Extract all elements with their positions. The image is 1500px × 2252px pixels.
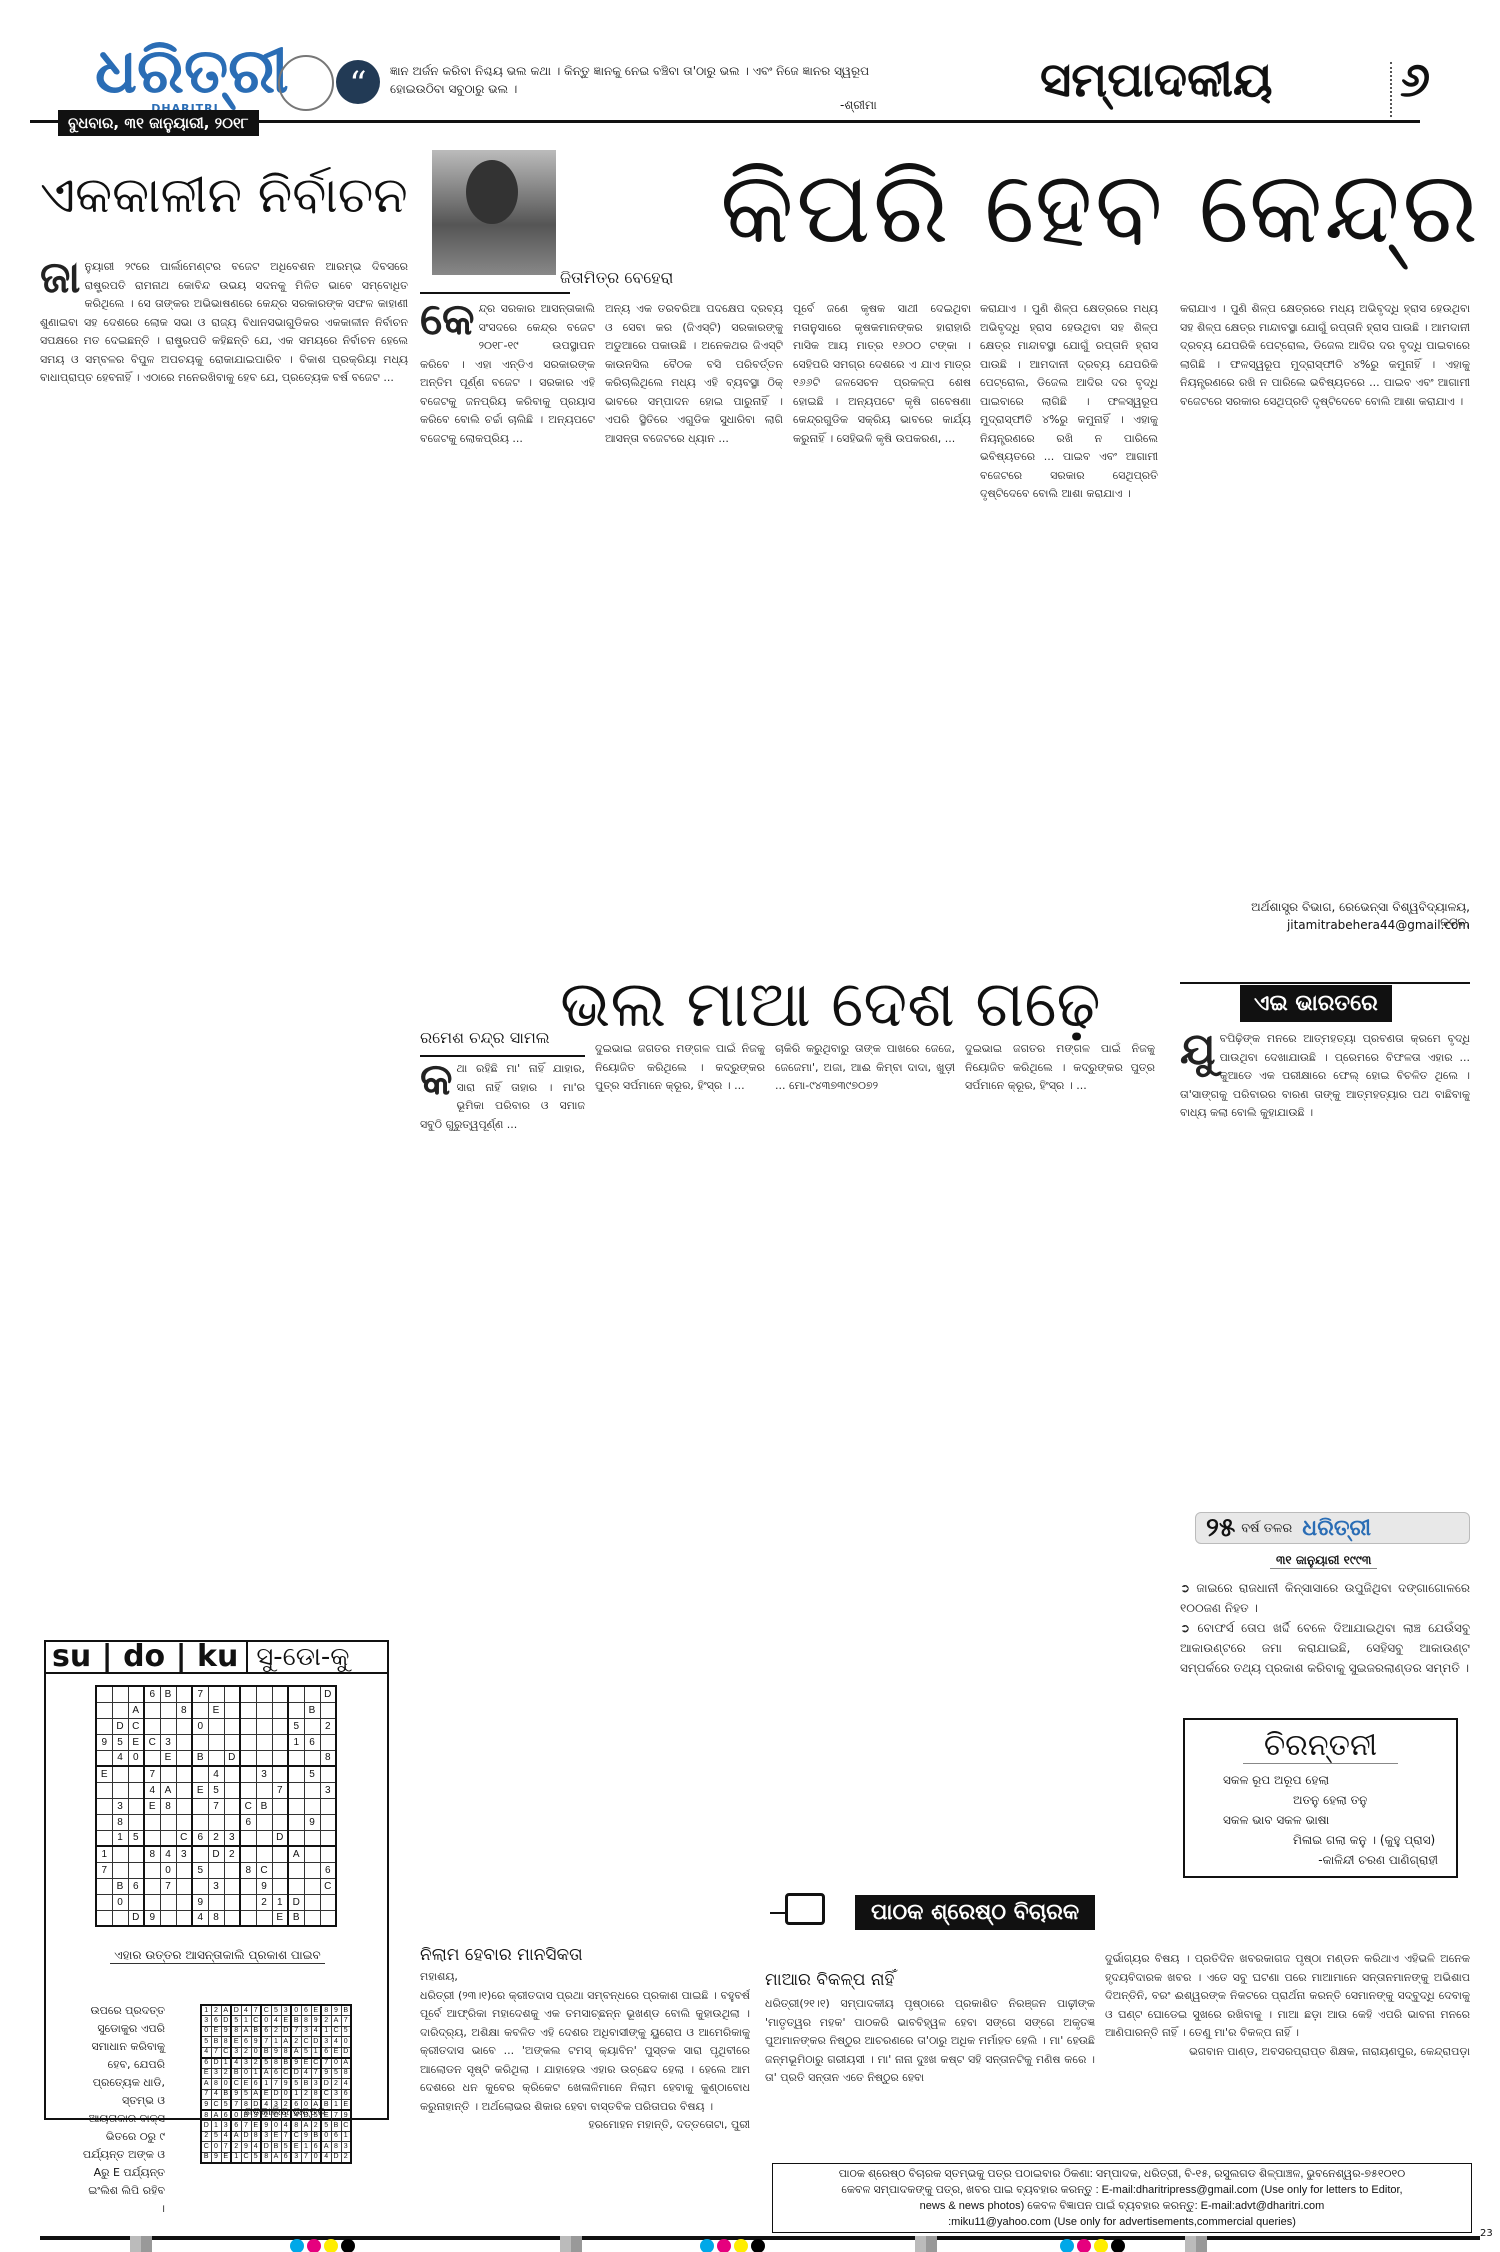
sudoku-cell (208, 1814, 224, 1830)
sudoku-cell: 6 (321, 2047, 331, 2058)
sudoku-cell: 9 (251, 2037, 261, 2048)
byline-rule (420, 292, 570, 294)
sudoku-cell: 9 (241, 2142, 251, 2153)
sudoku-cell (256, 1846, 272, 1862)
author-photo (432, 150, 556, 275)
sudoku-cell: 4 (221, 2131, 231, 2142)
sudoku-cell (320, 1814, 336, 1830)
sudoku-cell (320, 1734, 336, 1750)
sudoku-cell: 8 (331, 2142, 341, 2153)
sudoku-cell (192, 1878, 208, 1894)
sudoku-cell: 2 (311, 2121, 321, 2132)
sudoku-cell (96, 1798, 112, 1814)
sudoku-cell (256, 1686, 272, 1702)
sudoku-cell: 5 (291, 2079, 301, 2090)
sudoku-cell: C (291, 2131, 301, 2142)
folio-number: 23 (1480, 2228, 1493, 2239)
sudoku-cell: 9 (304, 1814, 320, 1830)
sudoku-cell: 3 (224, 1830, 240, 1846)
main-article-col-5: କରାଯାଏ । ପୁଣି ଶିଳ୍ପ କ୍ଷେତ୍ରରେ ମଧ୍ୟ ଅଭିବୃ… (1180, 300, 1470, 900)
sudoku-cell (304, 1750, 320, 1766)
sudoku-cell: 2 (256, 1894, 272, 1910)
newspaper-logo: ଧରିତ୍ରୀ DHARITRI (95, 40, 275, 115)
sudoku-cell: E (311, 2005, 321, 2016)
sudoku-cell: 5 (241, 2089, 251, 2100)
sudoku-cell (112, 1686, 128, 1702)
sudoku-cell: E (272, 1910, 288, 1926)
sudoku-cell: 1 (291, 2089, 301, 2100)
sudoku-cell: 7 (321, 2058, 331, 2069)
letter-title: ମାଆର ବିକଳ୍ପ ନାହିଁ (765, 1970, 894, 1990)
sudoku-cell: C (311, 2058, 321, 2069)
sudoku-cell: D (291, 2068, 301, 2079)
sudoku-cell: B (271, 2142, 281, 2153)
quote-of-day: ଜ୍ଞାନ ଅର୍ଜନ କରିବା ନିଶ୍ଚୟ ଭଲ କଥା । କିନ୍ତୁ… (390, 62, 910, 98)
sudoku-cell: 5 (208, 1782, 224, 1798)
sudoku-cell: A (231, 2131, 241, 2142)
sudoku-cell: 3 (176, 1846, 192, 1862)
sudoku-cell: 8 (144, 1846, 160, 1862)
sudoku-cell (192, 1702, 208, 1718)
sudoku-cell: 6 (320, 1862, 336, 1878)
sudoku-cell: A (288, 1846, 304, 1862)
sudoku-cell (128, 1846, 144, 1862)
sudoku-cell: B (211, 2037, 221, 2048)
sudoku-cell: B (311, 2131, 321, 2142)
sudoku-cell: 2 (320, 1718, 336, 1734)
sudoku-cell (240, 1734, 256, 1750)
sudoku-cell: 1 (112, 1830, 128, 1846)
section-title: ସମ୍ପାଦକୀୟ (1040, 52, 1273, 109)
main-headline: କିପରି ହେବ କେନ୍ଦ୍ର ବଜେଟ (720, 148, 1500, 268)
sudoku-cell: 8 (281, 2047, 291, 2058)
sudoku-cell (208, 1734, 224, 1750)
sudoku-cell (144, 1750, 160, 1766)
sudoku-cell (272, 1718, 288, 1734)
sudoku-cell: 6 (261, 2026, 271, 2037)
sudoku-cell (288, 1750, 304, 1766)
sudoku-cell: 8 (251, 2131, 261, 2142)
sudoku-cell (224, 1862, 240, 1878)
sudoku-cell (144, 1718, 160, 1734)
registration-dot (717, 2239, 731, 2252)
sudoku-cell: B (201, 2152, 211, 2163)
sudoku-cell (272, 1750, 288, 1766)
sudoku-cell: 3 (241, 2058, 251, 2069)
sudoku-cell: 4 (160, 1846, 176, 1862)
sudoku-cell (256, 1750, 272, 1766)
sudoku-cell (272, 1686, 288, 1702)
sudoku-cell: 6 (144, 1686, 160, 1702)
sudoku-cell (240, 1702, 256, 1718)
sudoku-cell (272, 1798, 288, 1814)
sudoku-cell: D (201, 2121, 211, 2132)
sudoku-cell: 0 (201, 2026, 211, 2037)
editorial-body: ଜା ନୁୟାରୀ ୨୯ରେ ପାର୍ଲାମେଣ୍ଟର ବଜେଟ ଅଧିବେଶନ… (40, 258, 408, 1618)
sudoku-cell: E (231, 2037, 241, 2048)
author-byline-2: ରମେଶ ଚନ୍ଦ୍ର ସାମଲ (420, 1028, 550, 1048)
sudoku-cell: 1 (272, 1894, 288, 1910)
sudoku-cell (256, 1782, 272, 1798)
sudoku-cell (144, 1830, 160, 1846)
page-number-header: ୬ (1400, 52, 1430, 109)
sudoku-cell: 6 (128, 1878, 144, 1894)
sudoku-cell (96, 1782, 112, 1798)
sudoku-cell: 3 (301, 2026, 311, 2037)
registration-mark (560, 2236, 582, 2252)
wheel-emblem-icon (278, 55, 334, 111)
sudoku-cell (272, 1878, 288, 1894)
sudoku-cell: C (201, 2142, 211, 2153)
sudoku-cell (256, 1814, 272, 1830)
sudoku-cell: 4 (144, 1782, 160, 1798)
sudoku-cell: 2 (271, 2026, 281, 2037)
sudoku-cell: E (144, 1798, 160, 1814)
sudoku-cell: 7 (160, 1878, 176, 1894)
sudoku-cell: 8 (320, 1750, 336, 1766)
sudoku-cell: 5 (112, 1734, 128, 1750)
sudoku-cell: 2 (331, 2079, 341, 2090)
sudoku-cell: 1 (241, 2016, 251, 2027)
sudoku-cell: 4 (208, 1766, 224, 1782)
sudoku-cell (320, 1894, 336, 1910)
sudoku-cell: B (256, 1798, 272, 1814)
sudoku-cell (176, 1798, 192, 1814)
sudoku-cell: D (208, 1846, 224, 1862)
sudoku-cell: 8 (211, 2079, 221, 2090)
letters-section-tag: ପାଠକ ଶ୍ରେଷ୍ଠ ବିଚାରକ (855, 1895, 1095, 1930)
registration-dot (1060, 2239, 1074, 2252)
sudoku-cell: 5 (251, 2152, 261, 2163)
letter-signature: ହରମୋହନ ମହାନ୍ତି, ଦତ୍ତତୋଟା, ପୁରୀ (420, 2116, 750, 2135)
sudoku-cell (176, 1894, 192, 1910)
sudoku-cell (224, 1734, 240, 1750)
sudoku-cell (160, 1830, 176, 1846)
sudoku-cell (128, 1782, 144, 1798)
sudoku-cell (240, 1750, 256, 1766)
sudoku-cell: 3 (261, 2131, 271, 2142)
box-body: ଯୁ ବପିଢ଼ିଙ୍କ ମନରେ ଆତ୍ମହତ୍ୟା ପ୍ରବଣତା କ୍ରମ… (1180, 1030, 1470, 1490)
sudoku-cell (160, 1894, 176, 1910)
sudoku-cell: D (320, 1686, 336, 1702)
registration-dot (290, 2239, 304, 2252)
sudoku-cell: B (231, 2068, 241, 2079)
sudoku-cell: E (128, 1734, 144, 1750)
sudoku-cell: C (281, 2068, 291, 2079)
sudoku-cell: 7 (251, 2005, 261, 2016)
sudoku-cell: 9 (301, 2131, 311, 2142)
sudoku-cell: D (288, 1894, 304, 1910)
sudoku-cell: C (241, 2152, 251, 2163)
sudoku-cell: C (341, 2121, 351, 2132)
sudoku-cell: 8 (321, 2005, 331, 2016)
sudoku-cell (192, 1766, 208, 1782)
sudoku-cell: E (271, 2131, 281, 2142)
sudoku-cell (160, 1702, 176, 1718)
sudoku-cell (224, 1910, 240, 1926)
sudoku-cell: 5 (331, 2068, 341, 2079)
sudoku-cell: E (291, 2142, 301, 2153)
sudoku-cell: 0 (128, 1750, 144, 1766)
sudoku-cell: B (288, 1910, 304, 1926)
sudoku-cell: D (331, 2152, 341, 2163)
sudoku-cell (208, 1862, 224, 1878)
sudoku-cell: 4 (201, 2047, 211, 2058)
sudoku-cell (112, 1862, 128, 1878)
sudoku-cell: C (251, 2016, 261, 2027)
sudoku-cell (224, 1878, 240, 1894)
registration-dot (1111, 2239, 1125, 2252)
sudoku-cell: D (224, 1750, 240, 1766)
sudoku-cell: 9 (192, 1894, 208, 1910)
anniversary-item: ➲ ଜାଇରେ ରାଜଧାନୀ କିନ୍‌ସାସାରେ ଉପୁଜିଥିବା ଦଙ… (1180, 1578, 1470, 1618)
sudoku-cell: 2 (221, 2068, 231, 2079)
sudoku-cell: 0 (271, 2121, 281, 2132)
sudoku-cell: 3 (208, 1878, 224, 1894)
sudoku-cell: C (321, 2089, 331, 2100)
sudoku-cell (304, 1782, 320, 1798)
box-tag: ଏଇ ଭାରତରେ (1240, 985, 1392, 1022)
sudoku-cell: D (321, 2079, 331, 2090)
sudoku-cell (144, 1894, 160, 1910)
sudoku-cell (304, 1686, 320, 1702)
sudoku-cell: 0 (321, 2131, 331, 2142)
sudoku-cell: 7 (241, 2121, 251, 2132)
sudoku-cell (208, 1750, 224, 1766)
sudoku-cell: 4 (271, 2016, 281, 2027)
sudoku-cell: 5 (128, 1830, 144, 1846)
sudoku-cell (240, 1894, 256, 1910)
sudoku-cell: 9 (96, 1734, 112, 1750)
sudoku-cell: 9 (261, 2121, 271, 2132)
poet: -କାଳିନ୍ଦୀ ଚରଣ ପାଣିଗ୍ରାହୀ (1223, 1850, 1448, 1870)
letter-body: ମହାଶୟ, ଧରିତ୍ରୀ (୨୩।୧)ରେ କ୍ରୀତଦାସ ପ୍ରଥା ସ… (420, 1968, 750, 2168)
sudoku-cell (112, 1702, 128, 1718)
sudoku-cell (192, 1846, 208, 1862)
sudoku-cell: 7 (221, 2142, 231, 2153)
sudoku-cell: 1 (231, 2152, 241, 2163)
sudoku-cell: 5 (261, 2058, 271, 2069)
sudoku-cell: 3 (281, 2005, 291, 2016)
sudoku-cell (176, 1814, 192, 1830)
sudoku-cell: 5 (271, 2005, 281, 2016)
sudoku-cell (160, 1910, 176, 1926)
letter-body: ଧରିତ୍ରୀ(୨୧।୧) ସମ୍ପାଦକୀୟ ପୃଷ୍ଠାରେ ପ୍ରକାଶି… (765, 1995, 1095, 2145)
box-rule (1180, 982, 1470, 984)
sudoku-cell (288, 1798, 304, 1814)
quote-icon: “ (336, 60, 380, 104)
sudoku-cell: E (96, 1766, 112, 1782)
color-registration-dots (1060, 2238, 1128, 2252)
sudoku-cell: A (341, 2058, 351, 2069)
sudoku-cell (96, 1814, 112, 1830)
sudoku-cell: 3 (320, 1782, 336, 1798)
sudoku-cell: 2 (201, 2131, 211, 2142)
sudoku-cell: 9 (321, 2068, 331, 2079)
sudoku-cell (240, 1718, 256, 1734)
sudoku-cell: 3 (160, 1734, 176, 1750)
sudoku-cell: 0 (251, 2047, 261, 2058)
anniversary-date: ୩୧ ଜାନୁୟାରୀ ୧୯୯୩ (1270, 1553, 1377, 1569)
sudoku-cell: D (271, 2089, 281, 2100)
sudoku-cell (240, 1878, 256, 1894)
sudoku-cell (144, 1702, 160, 1718)
sudoku-cell (320, 1798, 336, 1814)
sudoku-cell: E (221, 2152, 231, 2163)
sudoku-cell: C (320, 1878, 336, 1894)
sudoku-cell (208, 1718, 224, 1734)
sudoku-cell (176, 1910, 192, 1926)
sudoku-cell: 5 (321, 2121, 331, 2132)
sudoku-cell: 0 (341, 2037, 351, 2048)
sudoku-cell: 3 (256, 1766, 272, 1782)
sudoku-cell (176, 1718, 192, 1734)
sudoku-cell: C (256, 1862, 272, 1878)
sudoku-cell: 9 (211, 2152, 221, 2163)
sudoku-cell: A (301, 2121, 311, 2132)
sudoku-cell: 9 (144, 1910, 160, 1926)
sudoku-cell (272, 1766, 288, 1782)
sudoku-cell (112, 1846, 128, 1862)
sudoku-cell: 9 (311, 2016, 321, 2027)
author-email[interactable]: jitamitrabehera44@gmail.com (1235, 918, 1470, 932)
sudoku-cell: C (221, 2047, 231, 2058)
sudoku-cell: 8 (176, 1702, 192, 1718)
sudoku-cell: 0 (261, 2016, 271, 2027)
sudoku-cell (272, 1702, 288, 1718)
letters-address-box: ପାଠକ ଶ୍ରେଷ୍ଠ ବିଚାରକ ସ୍ତମ୍ଭକୁ ପତ୍ର ପଠାଇବା… (772, 2163, 1472, 2233)
sudoku-cell: E (281, 2016, 291, 2027)
sudoku-cell (288, 1702, 304, 1718)
sudoku-cell: 6 (311, 2142, 321, 2153)
sudoku-cell: 6 (240, 1814, 256, 1830)
sudoku-cell (256, 1702, 272, 1718)
sudoku-cell (288, 1686, 304, 1702)
sudoku-cell: 0 (281, 2089, 291, 2100)
sudoku-cell: A (241, 2026, 251, 2037)
sudoku-cell: D (128, 1910, 144, 1926)
sudoku-cell: 2 (231, 2142, 241, 2153)
sudoku-cell: 7 (144, 1766, 160, 1782)
registration-dot (307, 2239, 321, 2252)
main-article-col-2: ଅନ୍ୟ ଏକ ତରବରିଆ ପଦକ୍ଷେପ ଦ୍ରବ୍ୟ ଓ ସେବା କର … (605, 300, 783, 940)
sudoku-cell: 2 (224, 1846, 240, 1862)
sudoku-cell: 8 (221, 2037, 231, 2048)
sudoku-cell: 5 (192, 1862, 208, 1878)
second-article-col-3: ଚାକିରି କରୁଥିବାରୁ ତାଙ୍କ ପାଖରେ ଜେଜେ, ଜେଜେମ… (775, 1040, 955, 1880)
sudoku-cell (256, 1910, 272, 1926)
registration-dot (700, 2239, 714, 2252)
registration-dot (734, 2239, 748, 2252)
sudoku-cell: 0 (160, 1862, 176, 1878)
mailbox-icon (785, 1893, 825, 1925)
sudoku-cell: C (176, 1830, 192, 1846)
sudoku-cell (304, 1862, 320, 1878)
sudoku-cell: A (128, 1702, 144, 1718)
second-article-col-4: ଦୁଇଭାଇ ଜଗତର ମଙ୍ଗଳ ପାଇଁ ନିଜକୁ ନିୟୋଜିତ କରି… (965, 1040, 1155, 1880)
sudoku-cell (304, 1878, 320, 1894)
sudoku-cell (176, 1686, 192, 1702)
main-article-col-4: କରାଯାଏ । ପୁଣି ଶିଳ୍ପ କ୍ଷେତ୍ରରେ ମଧ୍ୟ ଅଭିବୃ… (980, 300, 1158, 940)
sudoku-cell: E (261, 2089, 271, 2100)
sudoku-cell: 9 (221, 2026, 231, 2037)
sudoku-cell (224, 1798, 240, 1814)
sudoku-cell: 6 (331, 2131, 341, 2142)
registration-dot (751, 2239, 765, 2252)
sudoku-cell (96, 1894, 112, 1910)
sudoku-cell (192, 1798, 208, 1814)
sudoku-cell: 2 (301, 2089, 311, 2100)
main-article-col-3: ପୂର୍ବେ ଜଣେ କୃଷକ ସାଥୀ ଦେଇଥିବା ମତାନୁସାରେ କ… (793, 300, 971, 940)
sudoku-cell: 7 (201, 2089, 211, 2100)
sudoku-cell (240, 1782, 256, 1798)
second-headline: ଭଲ ମାଆ ଦେଶ ଗଢ଼େ (560, 960, 1101, 1050)
sudoku-cell: 9 (281, 2079, 291, 2090)
sudoku-cell (240, 1686, 256, 1702)
sudoku-cell (96, 1702, 112, 1718)
sudoku-cell (96, 1910, 112, 1926)
sudoku-cell: D (272, 1830, 288, 1846)
anniversary-list: ➲ ଜାଇରେ ରାଜଧାନୀ କିନ୍‌ସାସାରେ ଉପୁଜିଥିବା ଦଙ… (1180, 1578, 1470, 1698)
sudoku-cell: 7 (341, 2016, 351, 2027)
sudoku-cell: 8 (208, 1910, 224, 1926)
sudoku-cell (208, 1686, 224, 1702)
sudoku-cell: B (341, 2005, 351, 2016)
sudoku-cell: 5 (301, 2047, 311, 2058)
sudoku-cell (304, 1846, 320, 1862)
sudoku-cell (128, 1894, 144, 1910)
sudoku-cell: E (331, 2047, 341, 2058)
sudoku-cell: A (251, 2089, 261, 2100)
sudoku-cell: 1 (251, 2068, 261, 2079)
sudoku-cell: 7 (192, 1686, 208, 1702)
sudoku-cell (112, 1766, 128, 1782)
sudoku-cell (304, 1894, 320, 1910)
sudoku-cell: 3 (201, 2016, 211, 2027)
sudoku-cell: 2 (291, 2037, 301, 2048)
sudoku-cell (112, 1782, 128, 1798)
sudoku-cell: D (221, 2016, 231, 2027)
sudoku-cell: 6 (231, 2121, 241, 2132)
sudoku-cell: D (231, 2005, 241, 2016)
sudoku-cell (144, 1862, 160, 1878)
sudoku-cell: E (160, 1750, 176, 1766)
sudoku-cell: 6 (211, 2016, 221, 2027)
sudoku-cell: A (331, 2016, 341, 2027)
dropcap: ଜା (40, 258, 80, 298)
sudoku-cell: 9 (291, 2058, 301, 2069)
sudoku-cell: 4 (331, 2037, 341, 2048)
sudoku-cell: 3 (221, 2121, 231, 2132)
sudoku-cell (288, 1862, 304, 1878)
sudoku-cell: 0 (241, 2068, 251, 2079)
sudoku-cell: 4 (192, 1910, 208, 1926)
sudoku-cell: C (231, 2079, 241, 2090)
sudoku-cell (96, 1686, 112, 1702)
letter-body: ଦୁର୍ଭାଗ୍ୟର ବିଷୟ । ପ୍ରତିଦିନ ଖବରକାଗଜ ପୃଷ୍ଠ… (1105, 1950, 1470, 2090)
sudoku-cell (144, 1814, 160, 1830)
sudoku-puzzle-grid: 6B7DA8EBDC05295EC31640EBD8E74354AE5733E8… (95, 1685, 337, 1927)
sudoku-cell: 8 (112, 1814, 128, 1830)
sudoku-cell: 2 (208, 1830, 224, 1846)
main-article-col-1: କେ ନ୍ଦ୍ର ସରକାର ଆସନ୍ତାକାଲି ସଂସଦରେ କେନ୍ଦ୍ର… (420, 300, 595, 940)
sudoku-cell: 5 (341, 2026, 351, 2037)
sudoku-cell: B (160, 1686, 176, 1702)
sudoku-cell (224, 1766, 240, 1782)
sudoku-cell: E (301, 2058, 311, 2069)
sudoku-cell (320, 1910, 336, 1926)
sudoku-cell: 8 (311, 2089, 321, 2100)
